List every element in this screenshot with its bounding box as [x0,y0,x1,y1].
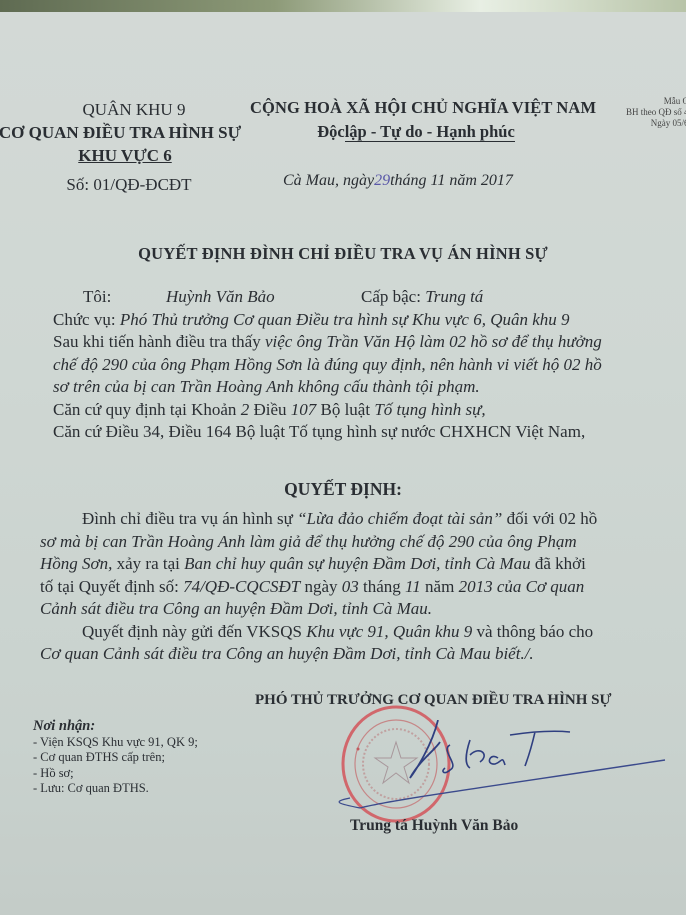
recipients-heading: Nơi nhận: [33,719,198,735]
recipient-item: - Hồ sơ; [33,766,198,782]
officer-name: Huỳnh Văn Bảo [166,286,361,309]
signature-icon [320,720,670,810]
signer-name: Trung tá Huỳnh Văn Bảo [350,817,518,835]
legal-basis-2: Căn cứ Điều 34, Điều 164 Bộ luật Tố tụng… [53,421,673,444]
recipient-item: - Cơ quan ĐTHS cấp trên; [33,750,198,766]
decision-heading: QUYẾT ĐỊNH: [0,479,686,500]
recipient-item: - Lưu: Cơ quan ĐTHS. [33,781,198,797]
decision-content: Đình chỉ điều tra vụ án hình sự “Lừa đảo… [40,508,680,666]
handwritten-day: 29 [374,172,390,189]
recipient-item: - Viện KSQS Khu vực 91, QK 9; [33,735,198,751]
national-motto: Độclập - Tự do - Hạnh phúc [250,120,560,144]
document-body: Tôi:Huỳnh Văn BảoCấp bậc: Trung tá Chức … [53,286,673,444]
officer-line: Tôi:Huỳnh Văn BảoCấp bậc: Trung tá [53,286,673,309]
document-number: Số: 01/QĐ-ĐCĐT [0,173,250,196]
issuing-agency-header: QUÂN KHU 9 CƠ QUAN ĐIỀU TRA HÌNH SỰ KHU … [0,98,250,196]
recipients-list: Nơi nhận: - Viện KSQS Khu vực 91, QK 9; … [33,719,198,797]
place-date: Cà Mau, ngày29tháng 11 năm 2017 [283,172,513,190]
form-code: Mẫu QĐ0 BH theo QĐ số 429/ Ngày 05/6/20 [620,96,686,129]
officer-rank: Trung tá [425,286,483,309]
nation-name: CỘNG HOÀ XÃ HỘI CHỦ NGHĨA VIỆT NAM [250,96,560,120]
military-region: QUÂN KHU 9 [0,98,250,121]
agency-name: CƠ QUAN ĐIỀU TRA HÌNH SỰ [0,121,250,144]
agency-area: KHU VỰC 6 [0,144,250,167]
national-header: CỘNG HOÀ XÃ HỘI CHỦ NGHĨA VIỆT NAM Độclậ… [250,96,560,144]
position-line: Chức vụ: Phó Thủ trưởng Cơ quan Điều tra… [53,309,673,332]
document-title: QUYẾT ĐỊNH ĐÌNH CHỈ ĐIỀU TRA VỤ ÁN HÌNH … [0,244,686,264]
legal-basis-1: Căn cứ quy định tại Khoản 2 Điều 107 Bộ … [53,399,673,422]
